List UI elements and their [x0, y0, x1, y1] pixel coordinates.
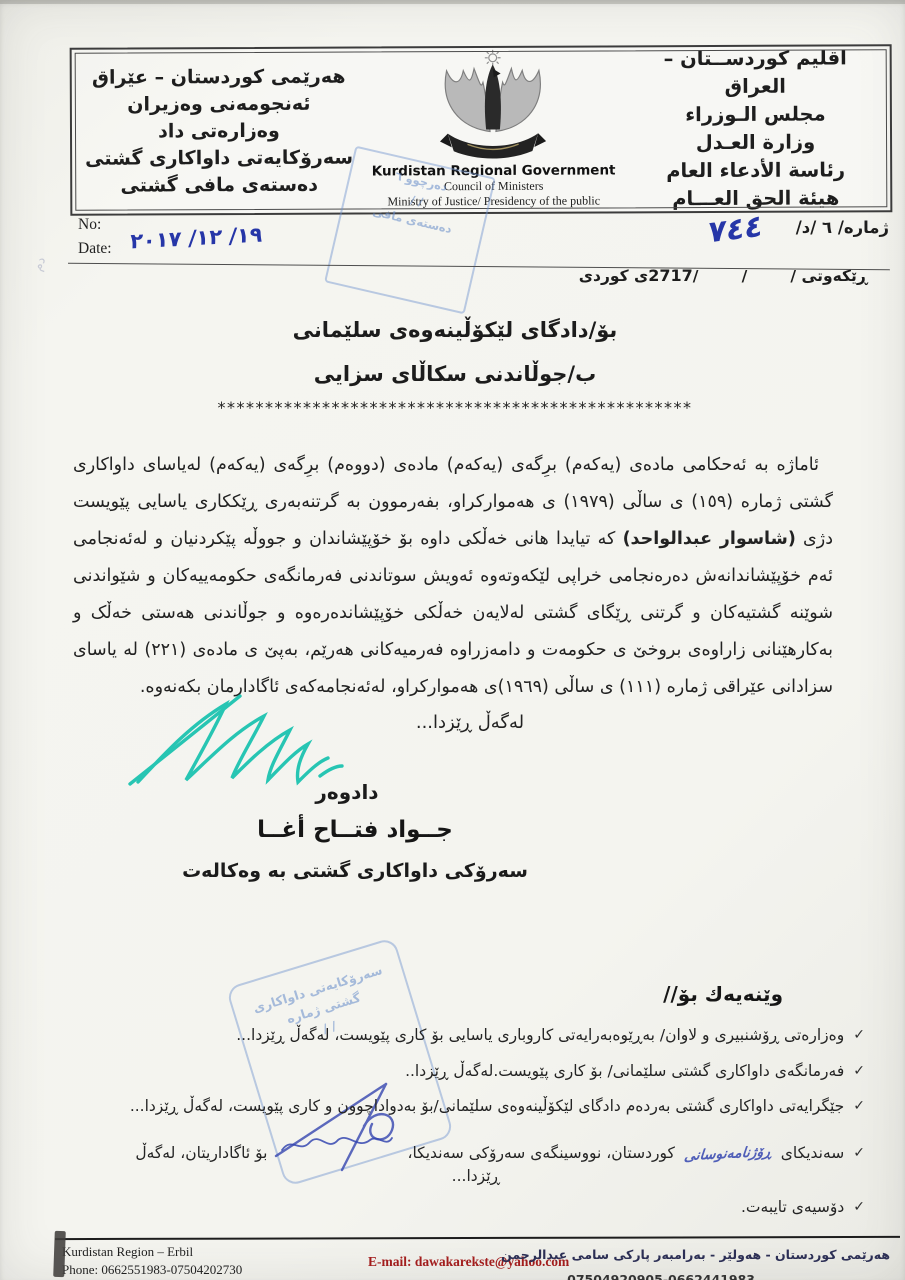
- copy-item-text: کوردستان، نووسینگه‌ی سه‌رۆکی سه‌ندیکا،: [407, 1144, 674, 1162]
- copy-item: ✓ دۆسیه‌ی تایبه‌ت.: [741, 1198, 865, 1216]
- checkmark-icon: ✓: [853, 1145, 865, 1161]
- footer-left-block: Kurdistan Region – Erbil Phone: 06625519…: [62, 1243, 242, 1279]
- date-label: Date:: [78, 240, 112, 258]
- copy-item-continuation: ڕێزدا...: [452, 1167, 500, 1185]
- copy-item-text: فه‌رمانگه‌ی داواکاری گشتی سلێمانی/ بۆ کا…: [405, 1062, 844, 1080]
- eagle-right-wing: [496, 68, 541, 131]
- copy-item-text: سه‌ندیکای: [781, 1144, 844, 1162]
- emblem-banner: [448, 133, 538, 158]
- letterhead-line: اقليم كوردســتان – العراق: [631, 44, 880, 101]
- signature-ink-icon: [122, 682, 412, 792]
- checkmark-icon: ✓: [853, 1199, 865, 1215]
- body-text: که تیایدا هانی خه‌ڵکی داوه بۆ خۆپێشاندان…: [73, 529, 833, 697]
- footer-rule: [55, 1236, 900, 1240]
- letterhead-line: وه‌زاره‌تی داد: [82, 117, 356, 145]
- recipient-subject-line: ب/جوڵاندنی سکاڵای سزایی: [105, 352, 805, 396]
- accused-name: (شاسوار عبدالواحد): [623, 529, 796, 549]
- copy-item: ✓ فه‌رمانگه‌ی داواکاری گشتی سلێمانی/ بۆ …: [405, 1062, 865, 1080]
- recipient-block: بۆ/دادگای لێکۆڵینه‌وه‌ی سلێمانی ب/جوڵاند…: [105, 308, 805, 417]
- copies-heading: وێنه‌یه‌ك بۆ//: [663, 982, 783, 1006]
- recipient-to-line: بۆ/دادگای لێکۆڵینه‌وه‌ی سلێمانی: [105, 308, 805, 352]
- scan-smudge: دم: [30, 244, 67, 279]
- checkmark-icon: ✓: [853, 1063, 865, 1079]
- scan-edge-shadow: [0, 0, 905, 4]
- copy-item-text: جێگرایه‌تی داواکاری گشتی به‌رده‌م دادگای…: [130, 1097, 844, 1115]
- checkmark-icon: ✓: [853, 1098, 865, 1114]
- letterhead-line: رئاسة الأدعاء العام: [631, 156, 880, 185]
- krg-eagle-emblem-icon: [434, 49, 552, 162]
- asterisk-divider: ****************************************…: [105, 398, 805, 417]
- letterhead-kurdish-column: هه‌رێمی کوردستان – عێراق ئه‌نجومه‌نی وه‌…: [72, 57, 367, 205]
- scanned-letter-page: هه‌رێمی کوردستان – عێراق ئه‌نجومه‌نی وه‌…: [0, 0, 905, 1280]
- scan-ink-blotch: [53, 1231, 66, 1277]
- copy-item: ✓ وه‌زاره‌تی ڕۆشنبیری و لاوان/ به‌ڕێوه‌ب…: [236, 1026, 865, 1044]
- reference-number-label: ژماره‌/ ٦ /د/: [796, 218, 889, 237]
- footer-phone: Phone: 0662551983-07504202730: [62, 1261, 242, 1279]
- signer-title: سه‌رۆکی داواکاری گشتی به وه‌کاله‌ت: [105, 860, 605, 882]
- kurdish-date-suffix: ی کوردی: [579, 267, 648, 285]
- copy-item-text: بۆ ئاگاداریتان، له‌گه‌ڵ: [135, 1144, 267, 1162]
- letterhead-arabic-column: اقليم كوردســتان – العراق مجلس الـوزراء …: [621, 38, 891, 219]
- letterhead-line: سه‌رۆکایه‌تی داواکاری گشتی: [82, 144, 356, 172]
- eagle-left-wing: [446, 69, 491, 132]
- copy-item: ✓ سه‌ندیکای ڕۆژنامه‌نوسانی کوردستان، نوو…: [135, 1132, 865, 1162]
- handwritten-scribble-icon: [278, 1132, 396, 1158]
- letterhead-line: ئه‌نجومه‌نی وه‌زیران: [82, 90, 356, 118]
- kurdish-date-line: ڕێکه‌وتی / / /2717ی کوردی: [579, 248, 889, 303]
- letterhead-line: مجلس الـوزراء: [631, 100, 880, 129]
- copy-item-text: وه‌زاره‌تی ڕۆشنبیری و لاوان/ به‌ڕێوه‌به‌…: [236, 1026, 844, 1044]
- footer-phone-kurdish-side: 07504920905-0662441983: [567, 1272, 755, 1280]
- no-label: No:: [78, 216, 101, 234]
- body-paragraph: ئاماژه به ئه‌حکامی ماده‌ی (یه‌که‌م) برِگ…: [73, 447, 833, 706]
- handwritten-insert-word: ڕۆژنامه‌نوسانی: [683, 1144, 772, 1165]
- handwritten-reference-number: ٧٤٤: [707, 208, 763, 250]
- copy-item: ✓ جێگرایه‌تی داواکاری گشتی به‌رده‌م دادگ…: [130, 1097, 865, 1115]
- copy-item-text: دۆسیه‌ی تایبه‌ت.: [741, 1198, 844, 1216]
- footer-address-kurdish: هه‌رێمی کوردستان - هه‌ولێر - به‌رامبه‌ر …: [501, 1247, 890, 1262]
- handwritten-date: ١٩/ ١٢/ ٢٠١٧: [129, 222, 263, 253]
- checkmark-icon: ✓: [853, 1027, 865, 1043]
- letterhead-line: هه‌رێمی کوردستان – عێراق: [82, 63, 356, 91]
- signer-role: دادوه‌ر: [197, 780, 497, 804]
- footer-region: Kurdistan Region – Erbil: [62, 1243, 242, 1261]
- letterhead-line: ده‌سته‌ی مافی گشتی: [82, 171, 356, 199]
- reference-number-line: ژماره‌/ ٦ /د/: [796, 218, 889, 237]
- signer-name: جــواد فتــاح أغــا: [155, 817, 555, 843]
- letterhead-line: وزارة العـدل: [631, 128, 880, 157]
- kurdish-year: 2717: [648, 266, 693, 285]
